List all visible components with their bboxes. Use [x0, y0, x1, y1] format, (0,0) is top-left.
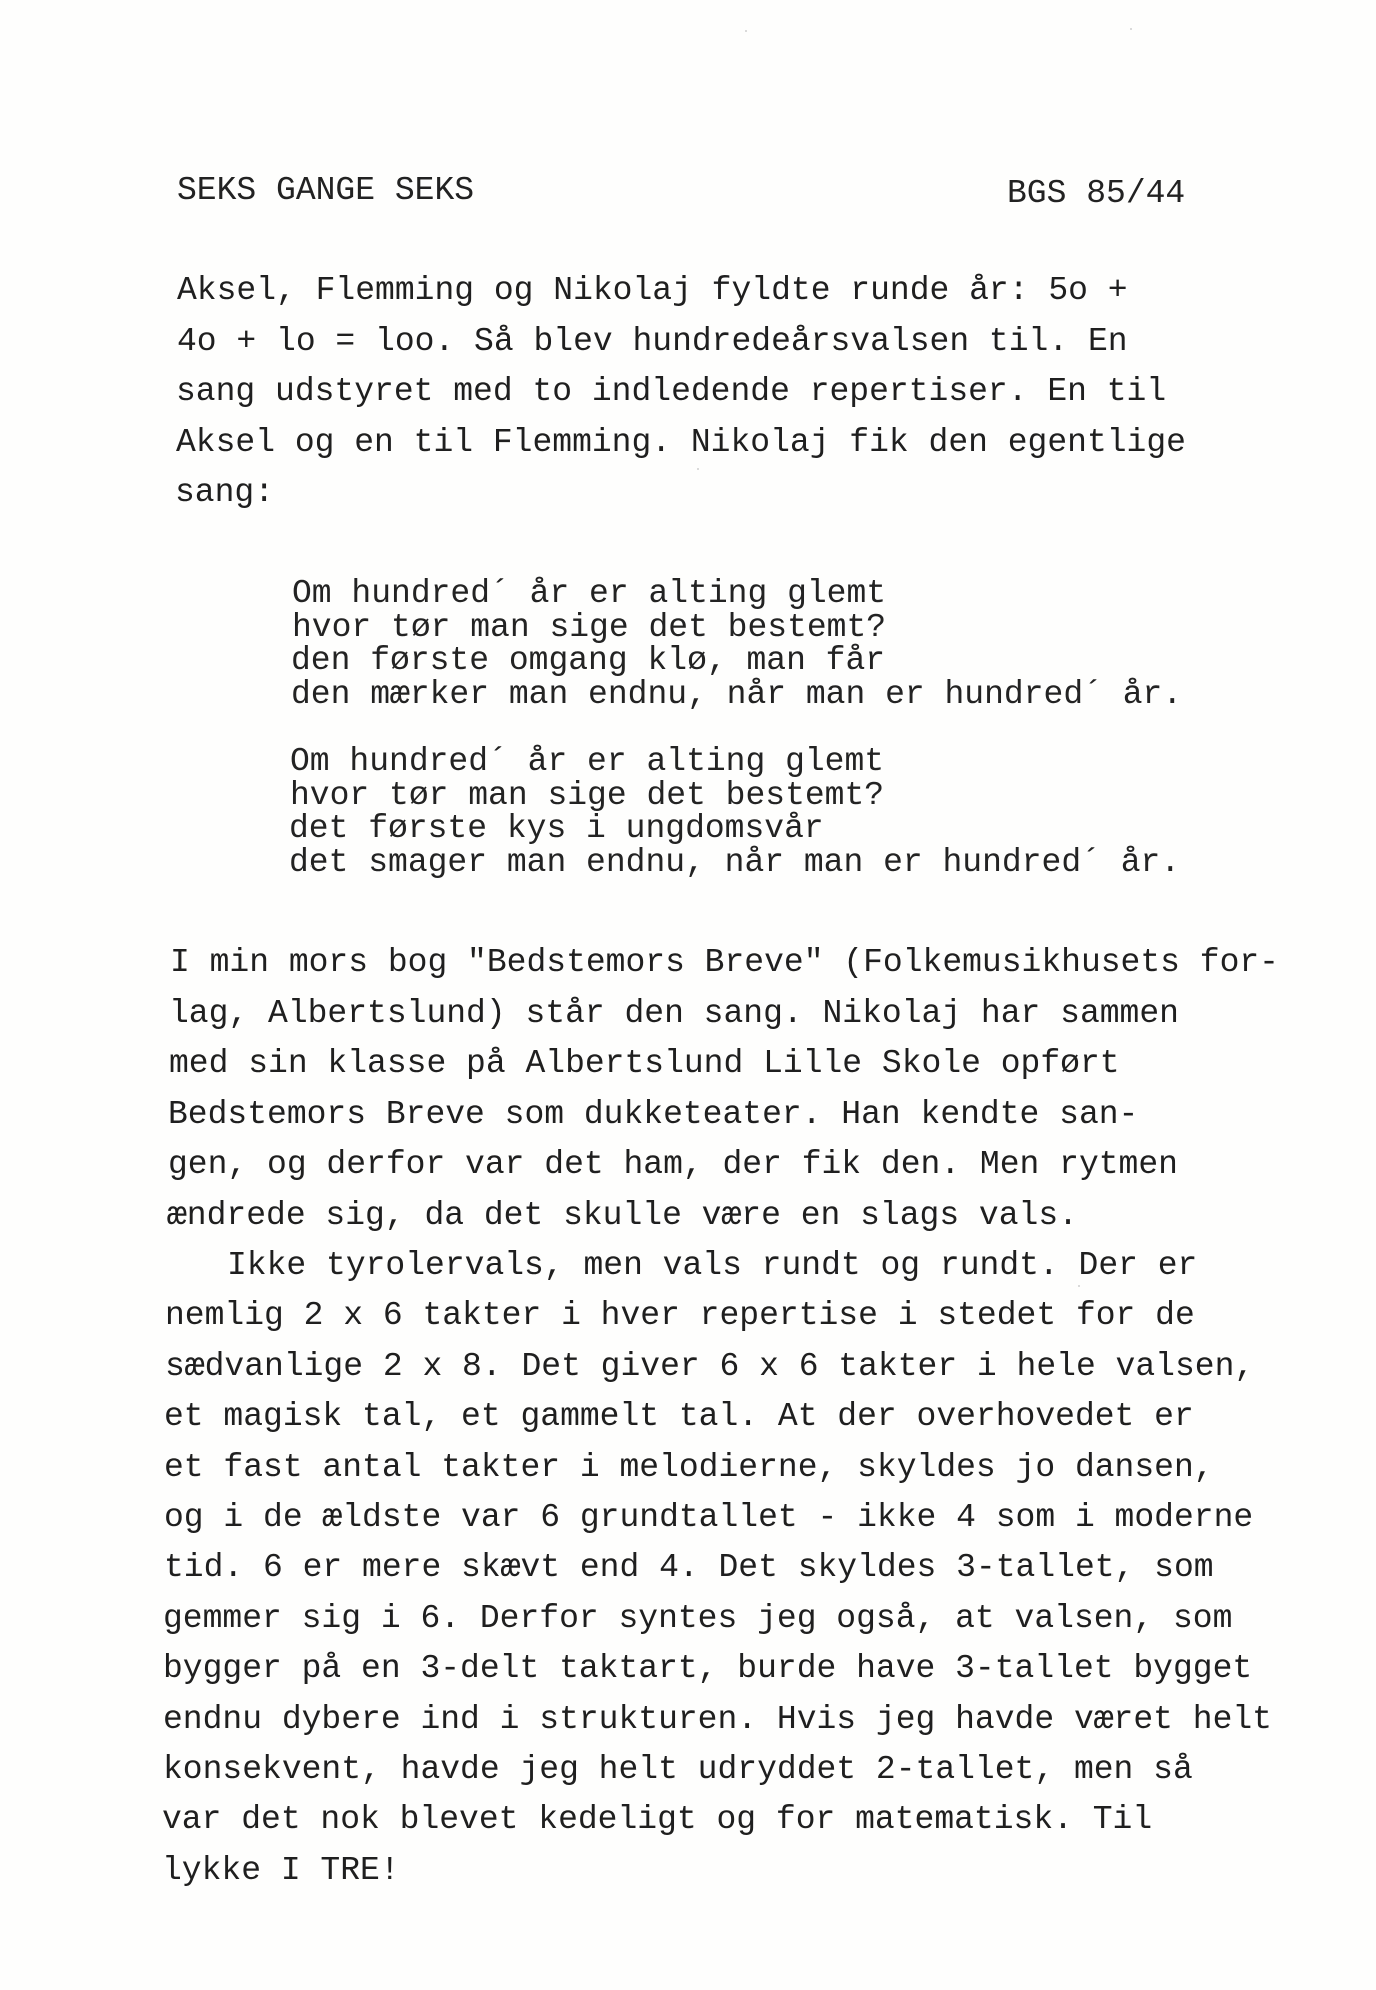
document-title: SEKS GANGE SEKS: [177, 171, 474, 211]
text-line: Ikke tyrolervals, men vals rundt og rund…: [227, 1246, 1197, 1286]
text-line: var det nok blevet kedeligt og for matem…: [162, 1800, 1152, 1840]
text-line: sædvanlige 2 x 8. Det giver 6 x 6 takter…: [165, 1347, 1254, 1387]
scan-speck: [1078, 1285, 1080, 1287]
scan-speck: [697, 468, 699, 470]
document-page: SEKS GANGE SEKS BGS 85/44 Aksel, Flemmin…: [0, 0, 1376, 1990]
text-line: sang:: [175, 473, 274, 513]
text-line: med sin klasse på Albertslund Lille Skol…: [169, 1044, 1120, 1084]
text-line: I min mors bog "Bedstemors Breve" (Folke…: [170, 943, 1279, 983]
text-line: 4o + lo = loo. Så blev hundredeårsvalsen…: [177, 322, 1128, 362]
text-line: ændrede sig, da det skulle være en slags…: [167, 1196, 1078, 1236]
scan-speck: [745, 30, 747, 32]
text-line: Aksel, Flemming og Nikolaj fyldte runde …: [177, 271, 1128, 311]
text-line: Bedstemors Breve som dukketeater. Han ke…: [168, 1095, 1138, 1135]
text-line: lykke I TRE!: [162, 1851, 400, 1891]
text-line: Aksel og en til Flemming. Nikolaj fik de…: [176, 423, 1186, 463]
text-line: endnu dybere ind i strukturen. Hvis jeg …: [163, 1700, 1272, 1740]
text-line: et magisk tal, et gammelt tal. At der ov…: [164, 1397, 1194, 1437]
text-line: gemmer sig i 6. Derfor syntes jeg også, …: [163, 1599, 1232, 1639]
text-line: konsekvent, havde jeg helt udryddet 2-ta…: [163, 1750, 1193, 1790]
text-line: og i de ældste var 6 grundtallet - ikke …: [164, 1498, 1253, 1538]
text-line: lag, Albertslund) står den sang. Nikolaj…: [169, 994, 1179, 1034]
lyric-line: den mærker man endnu, når man er hundred…: [291, 675, 1182, 715]
text-line: bygger på en 3-delt taktart, burde have …: [163, 1649, 1252, 1689]
lyric-line: det smager man endnu, når man er hundred…: [289, 843, 1180, 883]
document-reference: BGS 85/44: [1007, 174, 1185, 214]
text-line: et fast antal takter i melodierne, skyld…: [164, 1448, 1214, 1488]
scan-speck: [310, 865, 312, 867]
text-line: tid. 6 er mere skævt end 4. Det skyldes …: [164, 1548, 1214, 1588]
text-line: sang udstyret med to indledende repertis…: [176, 372, 1166, 412]
text-line: nemlig 2 x 6 takter i hver repertise i s…: [165, 1296, 1195, 1336]
text-line: gen, og derfor var det ham, der fik den.…: [168, 1145, 1178, 1185]
scan-speck: [1130, 28, 1132, 30]
